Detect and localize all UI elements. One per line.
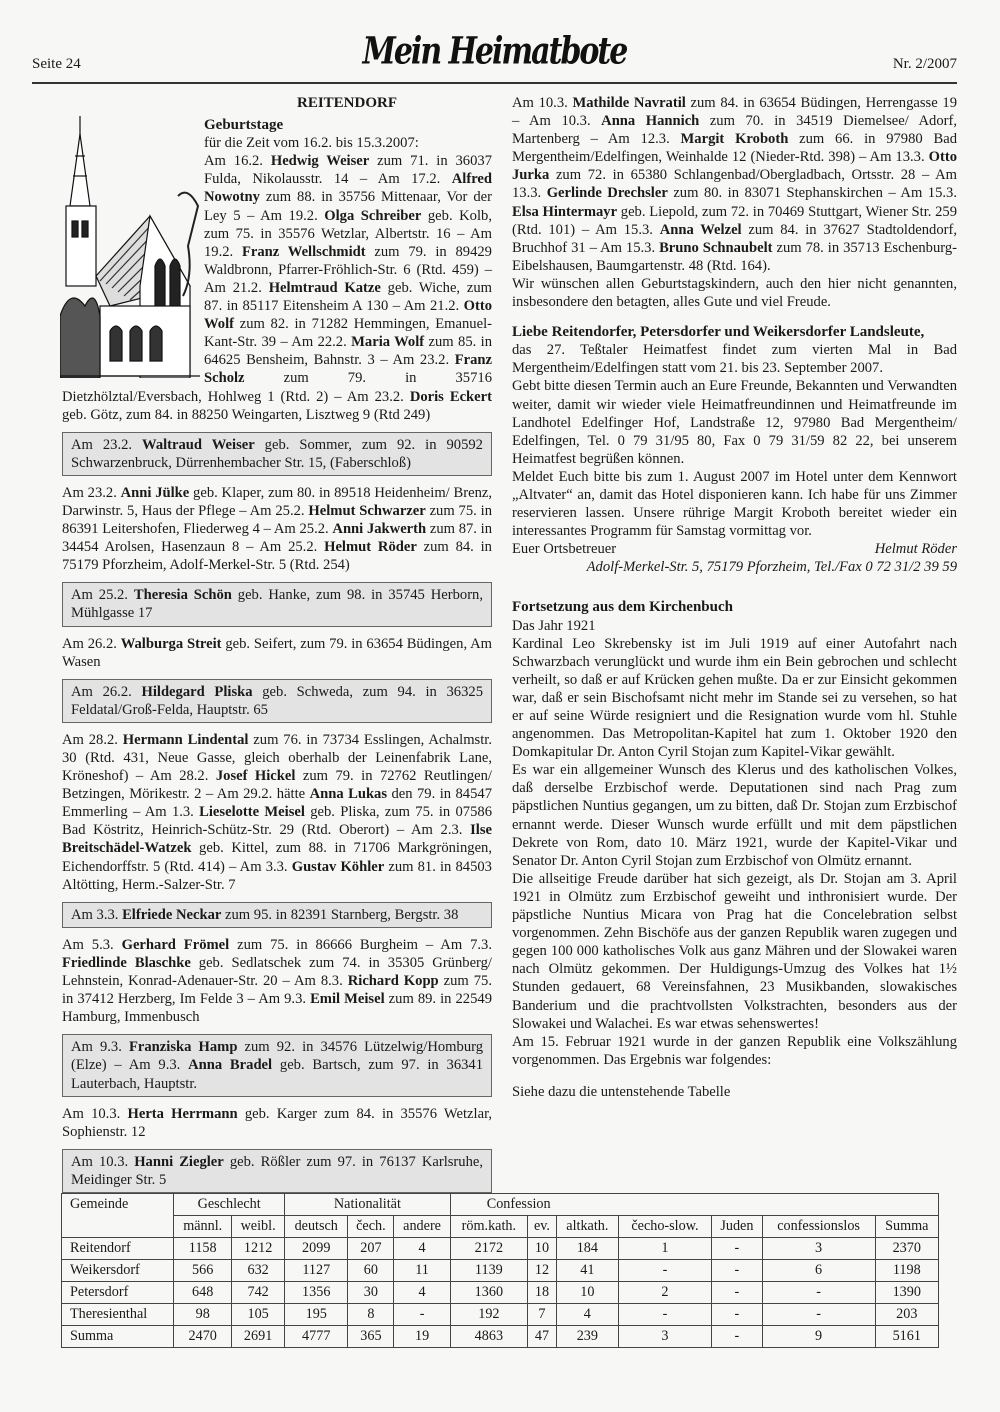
table-cell: 3 xyxy=(618,1326,711,1348)
column-header: ev. xyxy=(527,1216,556,1238)
person-name: Anna Welzel xyxy=(660,222,742,238)
person-name: Elfriede Neckar xyxy=(122,907,221,923)
table-cell: 10 xyxy=(556,1282,618,1304)
newspaper-page: Seite 24 Mein Heimatbote Nr. 2/2007 REIT… xyxy=(0,0,1000,1412)
table-cell: 1212 xyxy=(232,1238,285,1260)
column-subheaders: männl.weibl.deutschčech.andereröm.kath.e… xyxy=(62,1216,939,1238)
person-name: Olga Schreiber xyxy=(324,208,421,224)
header-gemeinde: Gemeinde xyxy=(62,1194,174,1216)
table-cell: 648 xyxy=(174,1282,232,1304)
table-cell: 4 xyxy=(394,1282,450,1304)
person-name: Waltraud Weiser xyxy=(142,437,255,453)
row-label: Petersdorf xyxy=(62,1282,174,1304)
person-name: Richard Kopp xyxy=(348,973,439,989)
table-cell: 742 xyxy=(232,1282,285,1304)
table-cell: 7 xyxy=(527,1304,556,1326)
table-cell: - xyxy=(394,1304,450,1326)
table-cell: 4 xyxy=(394,1238,450,1260)
person-name: Anna Lukas xyxy=(310,786,387,802)
issue-number: Nr. 2/2007 xyxy=(893,56,957,73)
table-cell: 207 xyxy=(348,1238,394,1260)
letter-closing: Euer Ortsbetreuer xyxy=(512,540,616,558)
table-cell: 1158 xyxy=(174,1238,232,1260)
highlight-box: Am 23.2. Waltraud Weiser geb. Sommer, zu… xyxy=(62,432,492,476)
header-divider xyxy=(32,82,957,84)
table-cell: 105 xyxy=(232,1304,285,1326)
table-cell: 365 xyxy=(348,1326,394,1348)
header-geschlecht: Geschlecht xyxy=(174,1194,285,1216)
person-name: Helmtraud Katze xyxy=(269,280,381,296)
person-name: Hedwig Weiser xyxy=(271,153,369,169)
table-cell: 11 xyxy=(394,1260,450,1282)
table-cell: 1198 xyxy=(875,1260,938,1282)
person-name: Theresia Schön xyxy=(134,587,232,603)
column-header: röm.kath. xyxy=(450,1216,527,1238)
chronicle-paragraph: Die allseitige Freude darüber hat sich g… xyxy=(512,870,957,1033)
table-cell: - xyxy=(762,1304,875,1326)
person-name: Franz Wellschmidt xyxy=(242,244,366,260)
table-cell: 239 xyxy=(556,1326,618,1348)
table-cell: 632 xyxy=(232,1260,285,1282)
birthdays-paragraph: Am 10.3. Mathilde Navratil zum 84. in 63… xyxy=(512,94,957,275)
table-cell: 2370 xyxy=(875,1238,938,1260)
table-cell: 98 xyxy=(174,1304,232,1326)
highlight-box: Am 3.3. Elfriede Neckar zum 95. in 82391… xyxy=(62,902,492,928)
letter-heading: Liebe Reitendorfer, Petersdorfer und Wei… xyxy=(512,323,957,341)
person-name: Otto Jurka xyxy=(512,149,957,183)
person-name: Walburga Streit xyxy=(121,636,222,652)
letter-signature-line: Euer Ortsbetreuer Helmut Röder xyxy=(512,540,957,558)
table-cell: 19 xyxy=(394,1326,450,1348)
highlight-box: Am 26.2. Hildegard Pliska geb. Schweda, … xyxy=(62,679,492,723)
person-name: Hermann Lindental xyxy=(123,732,249,748)
table-cell: - xyxy=(712,1238,762,1260)
letter-paragraph: Gebt bitte diesen Termin auch an Eure Fr… xyxy=(512,377,957,467)
highlight-box: Am 25.2. Theresia Schön geb. Hanke, zum … xyxy=(62,582,492,626)
table-cell: 18 xyxy=(527,1282,556,1304)
person-name: Herta Herrmann xyxy=(127,1106,237,1122)
census-table: Gemeinde Geschlecht Nationalität Confess… xyxy=(61,1193,939,1348)
birthday-wishes: Wir wünschen allen Geburtstagskindern, a… xyxy=(512,275,957,311)
table-cell: 41 xyxy=(556,1260,618,1282)
column-header: männl. xyxy=(174,1216,232,1238)
letter-paragraph: das 27. Teßtaler Heimatfest findet zum v… xyxy=(512,341,957,377)
person-name: Anna Hannich xyxy=(601,113,699,129)
table-cell: 566 xyxy=(174,1260,232,1282)
person-name: Otto Wolf xyxy=(204,298,492,332)
table-row: Weikersdorf5666321127601111391241--61198 xyxy=(62,1260,939,1282)
table-cell: - xyxy=(618,1260,711,1282)
person-name: Lieselotte Meisel xyxy=(199,804,305,820)
person-name: Alfred Nowotny xyxy=(204,171,492,205)
row-label: Summa xyxy=(62,1326,174,1348)
table-cell: 2691 xyxy=(232,1326,285,1348)
table-cell: 5161 xyxy=(875,1326,938,1348)
table-reference: Siehe dazu die untenstehende Tabelle xyxy=(512,1083,957,1101)
left-column: REITENDORF xyxy=(62,94,492,1201)
table-row: Petersdorf6487421356304136018102--1390 xyxy=(62,1282,939,1304)
highlight-box: Am 9.3. Franziska Hamp zum 92. in 34576 … xyxy=(62,1034,492,1096)
table-cell: 8 xyxy=(348,1304,394,1326)
birthdays-paragraph: Am 10.3. Herta Herrmann geb. Karger zum … xyxy=(62,1105,492,1141)
table-cell: 9 xyxy=(762,1326,875,1348)
person-name: Anni Jakwerth xyxy=(332,521,426,537)
table-cell: 2470 xyxy=(174,1326,232,1348)
table-cell: 1356 xyxy=(285,1282,348,1304)
table-cell: - xyxy=(712,1326,762,1348)
table-cell: 195 xyxy=(285,1304,348,1326)
table-cell: 6 xyxy=(762,1260,875,1282)
column-header: čech. xyxy=(348,1216,394,1238)
person-name: Josef Hickel xyxy=(216,768,296,784)
table-cell: 1127 xyxy=(285,1260,348,1282)
person-name: Helmut Röder xyxy=(324,539,417,555)
table-cell: 47 xyxy=(527,1326,556,1348)
person-name: Hanni Ziegler xyxy=(134,1154,224,1170)
person-name: Emil Meisel xyxy=(310,991,385,1007)
column-header: Summa xyxy=(875,1216,938,1238)
header-nationalitaet: Nationalität xyxy=(285,1194,451,1216)
table-cell: 184 xyxy=(556,1238,618,1260)
letter-paragraph: Meldet Euch bitte bis zum 1. August 2007… xyxy=(512,468,957,540)
table-cell: 1390 xyxy=(875,1282,938,1304)
column-header: deutsch xyxy=(285,1216,348,1238)
table-cell: - xyxy=(712,1282,762,1304)
header-confession: Confession xyxy=(450,1194,938,1216)
table-cell: 30 xyxy=(348,1282,394,1304)
table-cell: 1139 xyxy=(450,1260,527,1282)
table-cell: - xyxy=(618,1304,711,1326)
table-cell: 203 xyxy=(875,1304,938,1326)
person-name: Ilse Breitschädel-Watzek xyxy=(62,822,492,856)
chronicle-paragraph: Es war ein allgemeiner Wunsch des Klerus… xyxy=(512,761,957,870)
highlight-box: Am 10.3. Hanni Ziegler geb. Rößler zum 9… xyxy=(62,1149,492,1193)
page-header: Seite 24 Mein Heimatbote Nr. 2/2007 xyxy=(32,30,957,82)
person-name: Gerhard Frömel xyxy=(122,937,230,953)
page-number: Seite 24 xyxy=(32,56,81,73)
table-cell: - xyxy=(712,1260,762,1282)
chronicle-paragraph: Am 15. Februar 1921 wurde in der ganzen … xyxy=(512,1033,957,1069)
row-label: Reitendorf xyxy=(62,1238,174,1260)
table-cell: 2099 xyxy=(285,1238,348,1260)
person-name: Bruno Schnaubelt xyxy=(659,240,772,256)
table-row: Summa247026914777365194863472393-95161 xyxy=(62,1326,939,1348)
table-cell: 4777 xyxy=(285,1326,348,1348)
table-cell: - xyxy=(762,1282,875,1304)
column-header: Juden xyxy=(712,1216,762,1238)
section-title: REITENDORF xyxy=(202,94,492,112)
table-cell: 192 xyxy=(450,1304,527,1326)
person-name: Anni Jülke xyxy=(121,485,190,501)
letter-address: Adolf-Merkel-Str. 5, 75179 Pforzheim, Te… xyxy=(512,558,957,576)
table-cell: 4863 xyxy=(450,1326,527,1348)
column-header: altkath. xyxy=(556,1216,618,1238)
person-name: Anna Bradel xyxy=(188,1057,272,1073)
birthdays-paragraph: Am 23.2. Anni Jülke geb. Klaper, zum 80.… xyxy=(62,484,492,574)
person-name: Gerlinde Drechsler xyxy=(547,185,668,201)
person-name: Gustav Köhler xyxy=(292,859,385,875)
table-cell: 60 xyxy=(348,1260,394,1282)
column-header: weibl. xyxy=(232,1216,285,1238)
table-cell: 4 xyxy=(556,1304,618,1326)
person-name: Margit Kroboth xyxy=(681,131,789,147)
table-cell: 2172 xyxy=(450,1238,527,1260)
person-name: Franz Scholz xyxy=(204,352,492,386)
person-name: Doris Eckert xyxy=(410,389,492,405)
table-cell: - xyxy=(712,1304,762,1326)
person-name: Mathilde Navratil xyxy=(572,95,685,111)
row-label: Weikersdorf xyxy=(62,1260,174,1282)
table-cell: 1360 xyxy=(450,1282,527,1304)
column-header: andere xyxy=(394,1216,450,1238)
chronicle-heading: Fortsetzung aus dem Kirchenbuch xyxy=(512,598,957,616)
birthdays-paragraph: Am 28.2. Hermann Lindental zum 76. in 73… xyxy=(62,731,492,894)
letter-signature: Helmut Röder xyxy=(875,540,957,558)
table-cell: 1 xyxy=(618,1238,711,1260)
person-name: Elsa Hintermayr xyxy=(512,204,617,220)
church-illustration xyxy=(60,116,200,378)
person-name: Franziska Hamp xyxy=(129,1039,237,1055)
table-cell: 12 xyxy=(527,1260,556,1282)
column-header: confessionslos xyxy=(762,1216,875,1238)
table-body: Reitendorf11581212209920742172101841-323… xyxy=(62,1238,939,1348)
person-name: Maria Wolf xyxy=(351,334,424,350)
right-column: Am 10.3. Mathilde Navratil zum 84. in 63… xyxy=(512,94,957,1101)
table-cell: 2 xyxy=(618,1282,711,1304)
column-header: čecho-slow. xyxy=(618,1216,711,1238)
person-name: Hildegard Pliska xyxy=(141,684,252,700)
table-cell: 10 xyxy=(527,1238,556,1260)
row-label: Theresienthal xyxy=(62,1304,174,1326)
table-cell: 3 xyxy=(762,1238,875,1260)
person-name: Friedlinde Blaschke xyxy=(62,955,191,971)
birthdays-paragraph: Am 5.3. Gerhard Frömel zum 75. in 86666 … xyxy=(62,936,492,1026)
chronicle-year: Das Jahr 1921 xyxy=(512,617,957,635)
masthead-title: Mein Heimatbote xyxy=(363,34,627,69)
table-row: Theresienthal981051958-19274---203 xyxy=(62,1304,939,1326)
birthdays-paragraph: Am 26.2. Walburga Streit geb. Seifert, z… xyxy=(62,635,492,671)
person-name: Helmut Schwarzer xyxy=(308,503,425,519)
table-row: Reitendorf11581212209920742172101841-323… xyxy=(62,1238,939,1260)
chronicle-paragraph: Kardinal Leo Skrebensky ist im Juli 1919… xyxy=(512,635,957,762)
